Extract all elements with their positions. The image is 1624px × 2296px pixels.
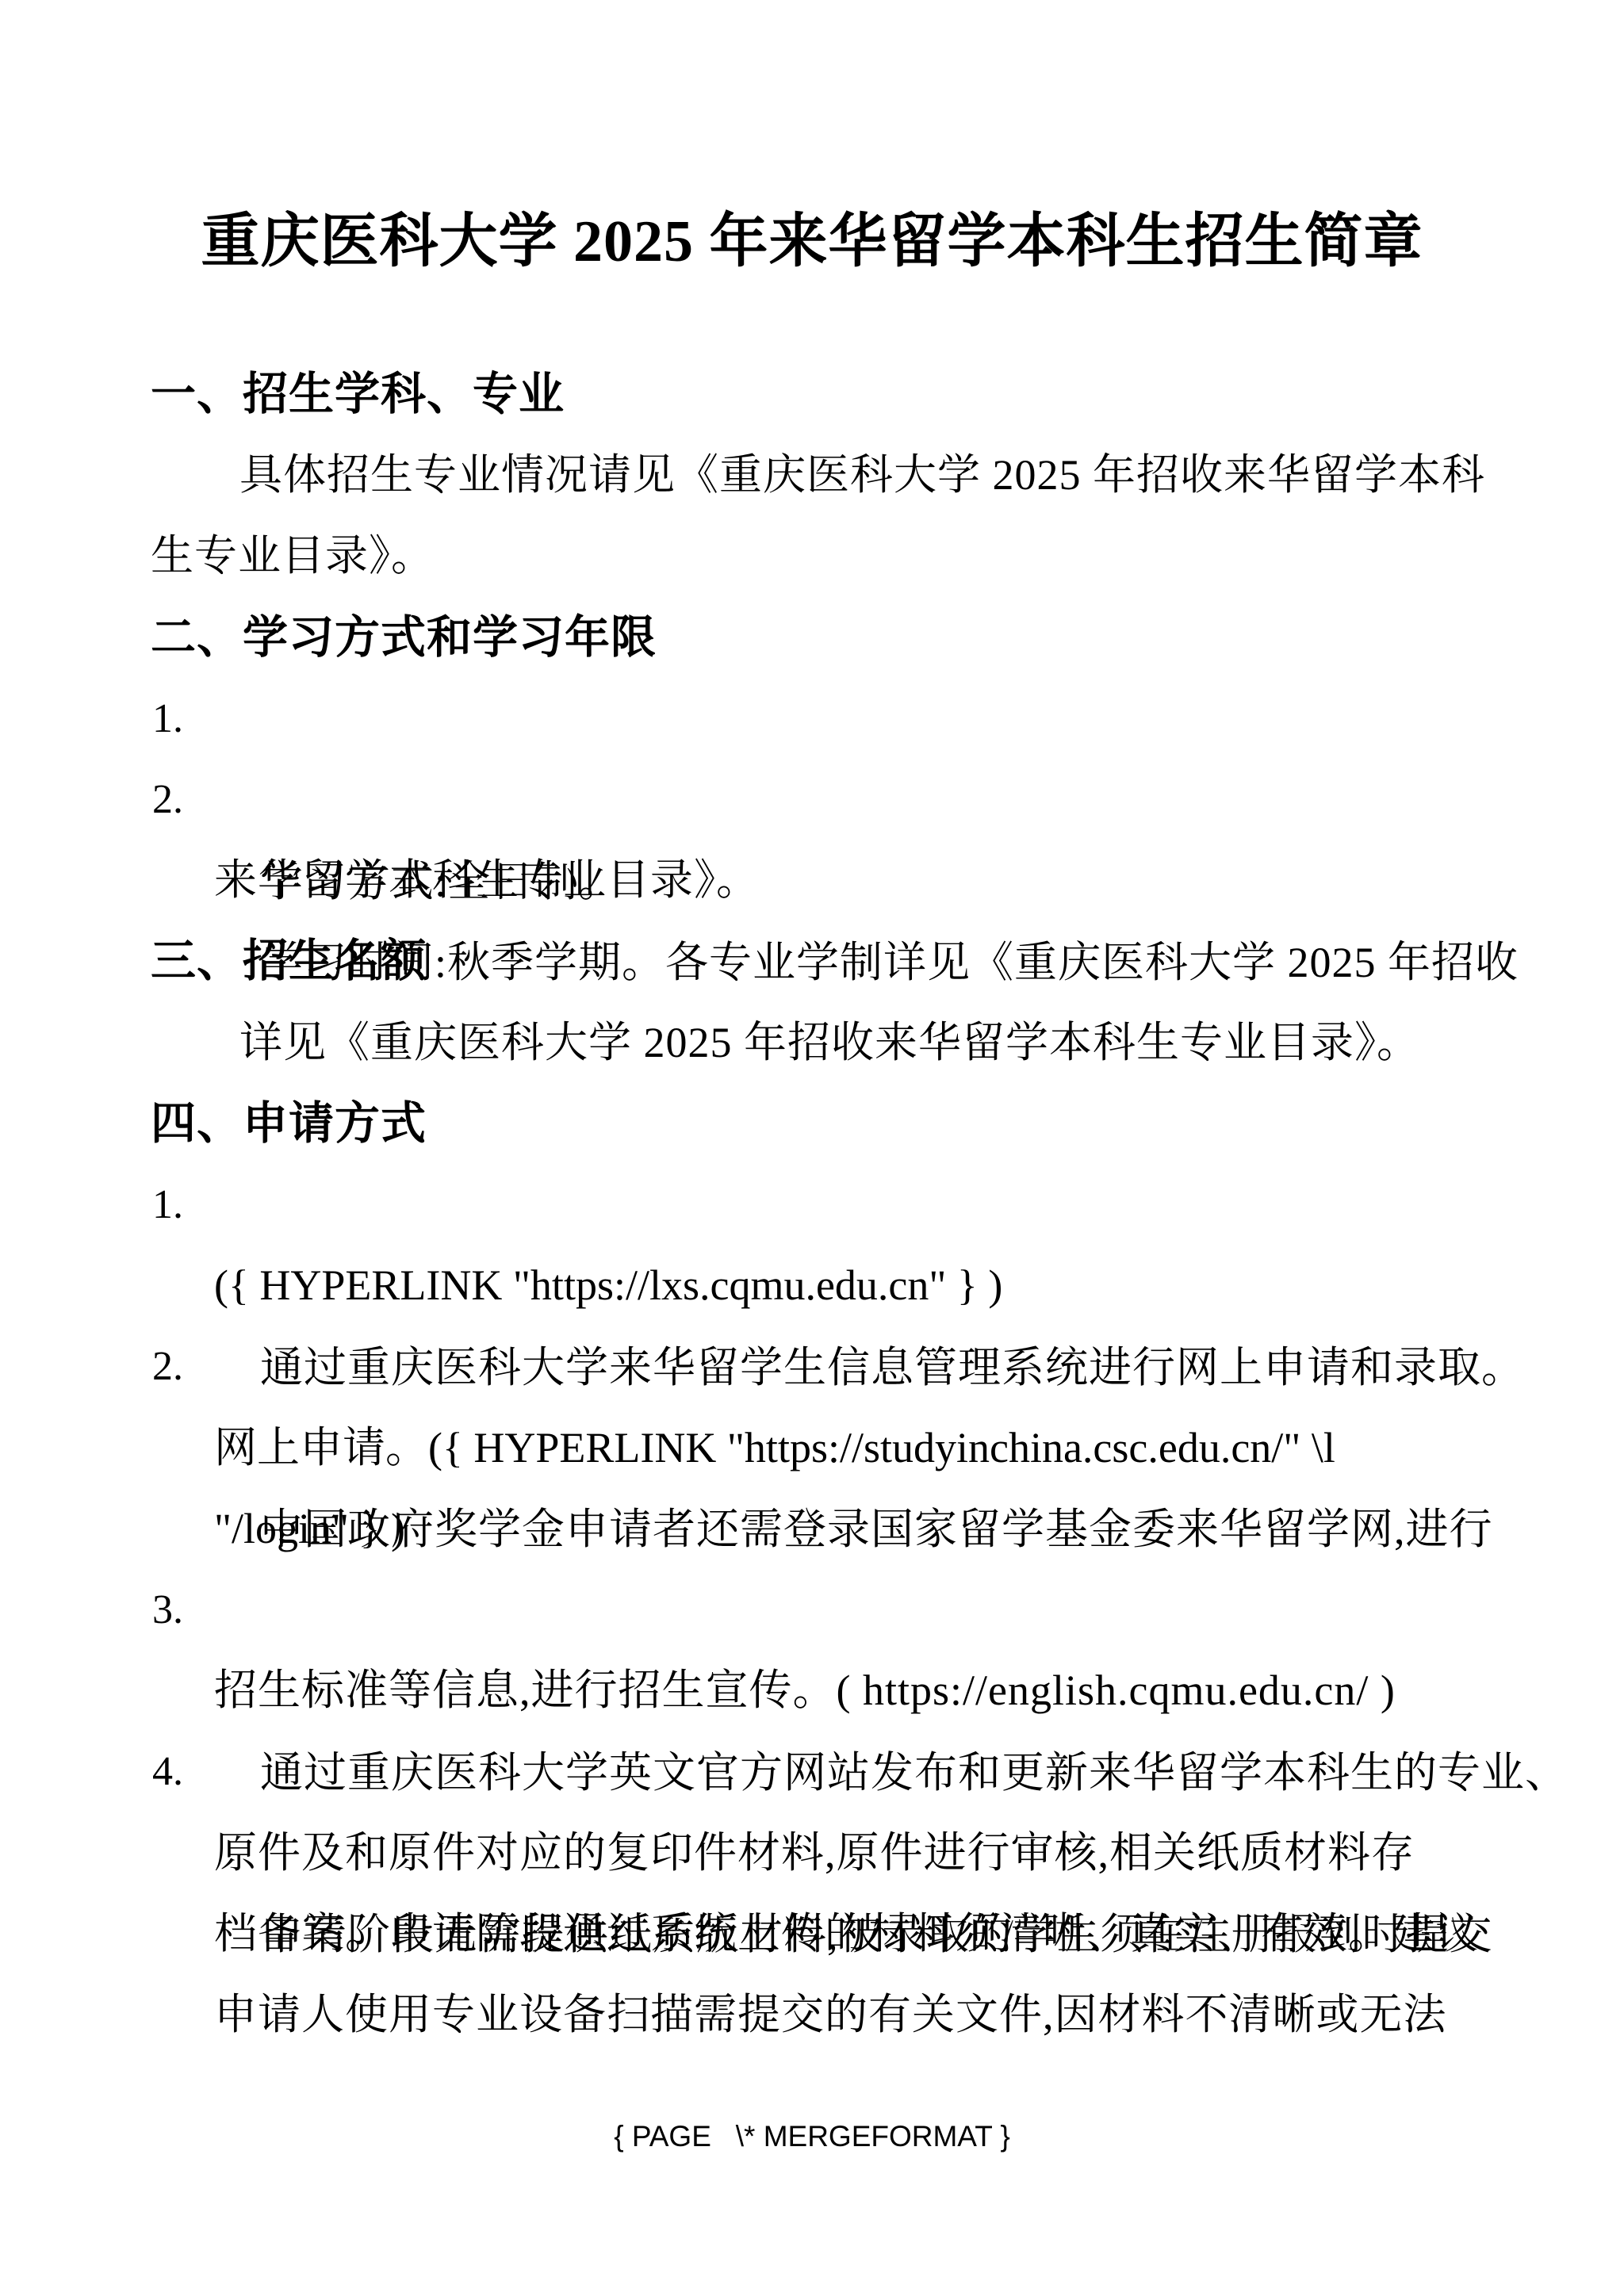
list-continuation-line: 档备案。申请阶段通过系统上传的材料须清晰、真实、有效。建议 bbox=[151, 1893, 1537, 1975]
section-heading-1: 一、招生学科、专业 bbox=[151, 354, 1473, 435]
list-continuation-line: 原件及和原件对应的复印件材料,原件进行审核,相关纸质材料存 bbox=[151, 1812, 1537, 1894]
list-marker: 4. bbox=[152, 1731, 183, 1812]
hyperlink-field-line: 网上申请。({ HYPERLINK "https://studyinchina.… bbox=[151, 1407, 1537, 1489]
paragraph-line: 详见《重庆医科大学 2025 年招收来华留学本科生专业目录》。 bbox=[151, 1002, 1562, 1084]
list-item: 2. 中国政府奖学金申请者还需登录国家留学基金委来华留学网,进行 bbox=[151, 1326, 1473, 1407]
list-continuation-line: 申请人使用专业设备扫描需提交的有关文件,因材料不清晰或无法 bbox=[151, 1974, 1537, 2056]
list-marker: 3. bbox=[152, 1569, 183, 1651]
paragraph-line: 生专业目录》。 bbox=[151, 515, 1473, 597]
hyperlink-field-line: "/login" } ) bbox=[151, 1488, 1537, 1570]
paragraph-line: 具体招生专业情况请见《重庆医科大学 2025 年招收来华留学本科 bbox=[151, 434, 1562, 516]
section-heading-2: 二、学习方式和学习年限 bbox=[151, 597, 1473, 679]
list-item: 3. 通过重庆医科大学英文官方网站发布和更新来华留学本科生的专业、 bbox=[151, 1569, 1473, 1651]
hyperlink-field-line: ({ HYPERLINK "https://lxs.cqmu.edu.cn" }… bbox=[151, 1245, 1537, 1326]
list-continuation-line: 招生标准等信息,进行招生宣传。( https://english.cqmu.ed… bbox=[151, 1650, 1537, 1732]
section-heading-3: 三、招生名额 bbox=[151, 920, 1473, 1002]
list-marker: 2. bbox=[152, 759, 183, 840]
page-number-field: { PAGE \* MERGEFORMAT } bbox=[0, 2105, 1624, 2168]
list-marker: 2. bbox=[152, 1326, 183, 1407]
document-page: 重庆医科大学 2025 年来华留学本科生招生简章 一、招生学科、专业 具体招生专… bbox=[0, 0, 1624, 2296]
document-title: 重庆医科大学 2025 年来华留学本科生招生简章 bbox=[0, 198, 1624, 285]
section-heading-4: 四、申请方式 bbox=[151, 1083, 1473, 1165]
list-marker: 1. bbox=[152, 678, 183, 760]
list-item: 4. 申请阶段无需提供纸质版材料,被录取的学生须在注册报到时提交 bbox=[151, 1731, 1473, 1812]
list-continuation-line: 来华留学本科生专业目录》。 bbox=[151, 840, 1537, 921]
list-item: 1. 学习方式:全日制。 bbox=[151, 678, 1473, 760]
list-item: 2. 学习时间:秋季学期。各专业学制详见《重庆医科大学 2025 年招收 bbox=[151, 759, 1473, 840]
list-item: 1. 通过重庆医科大学来华留学生信息管理系统进行网上申请和录取。 bbox=[151, 1164, 1473, 1246]
list-marker: 1. bbox=[152, 1164, 183, 1246]
